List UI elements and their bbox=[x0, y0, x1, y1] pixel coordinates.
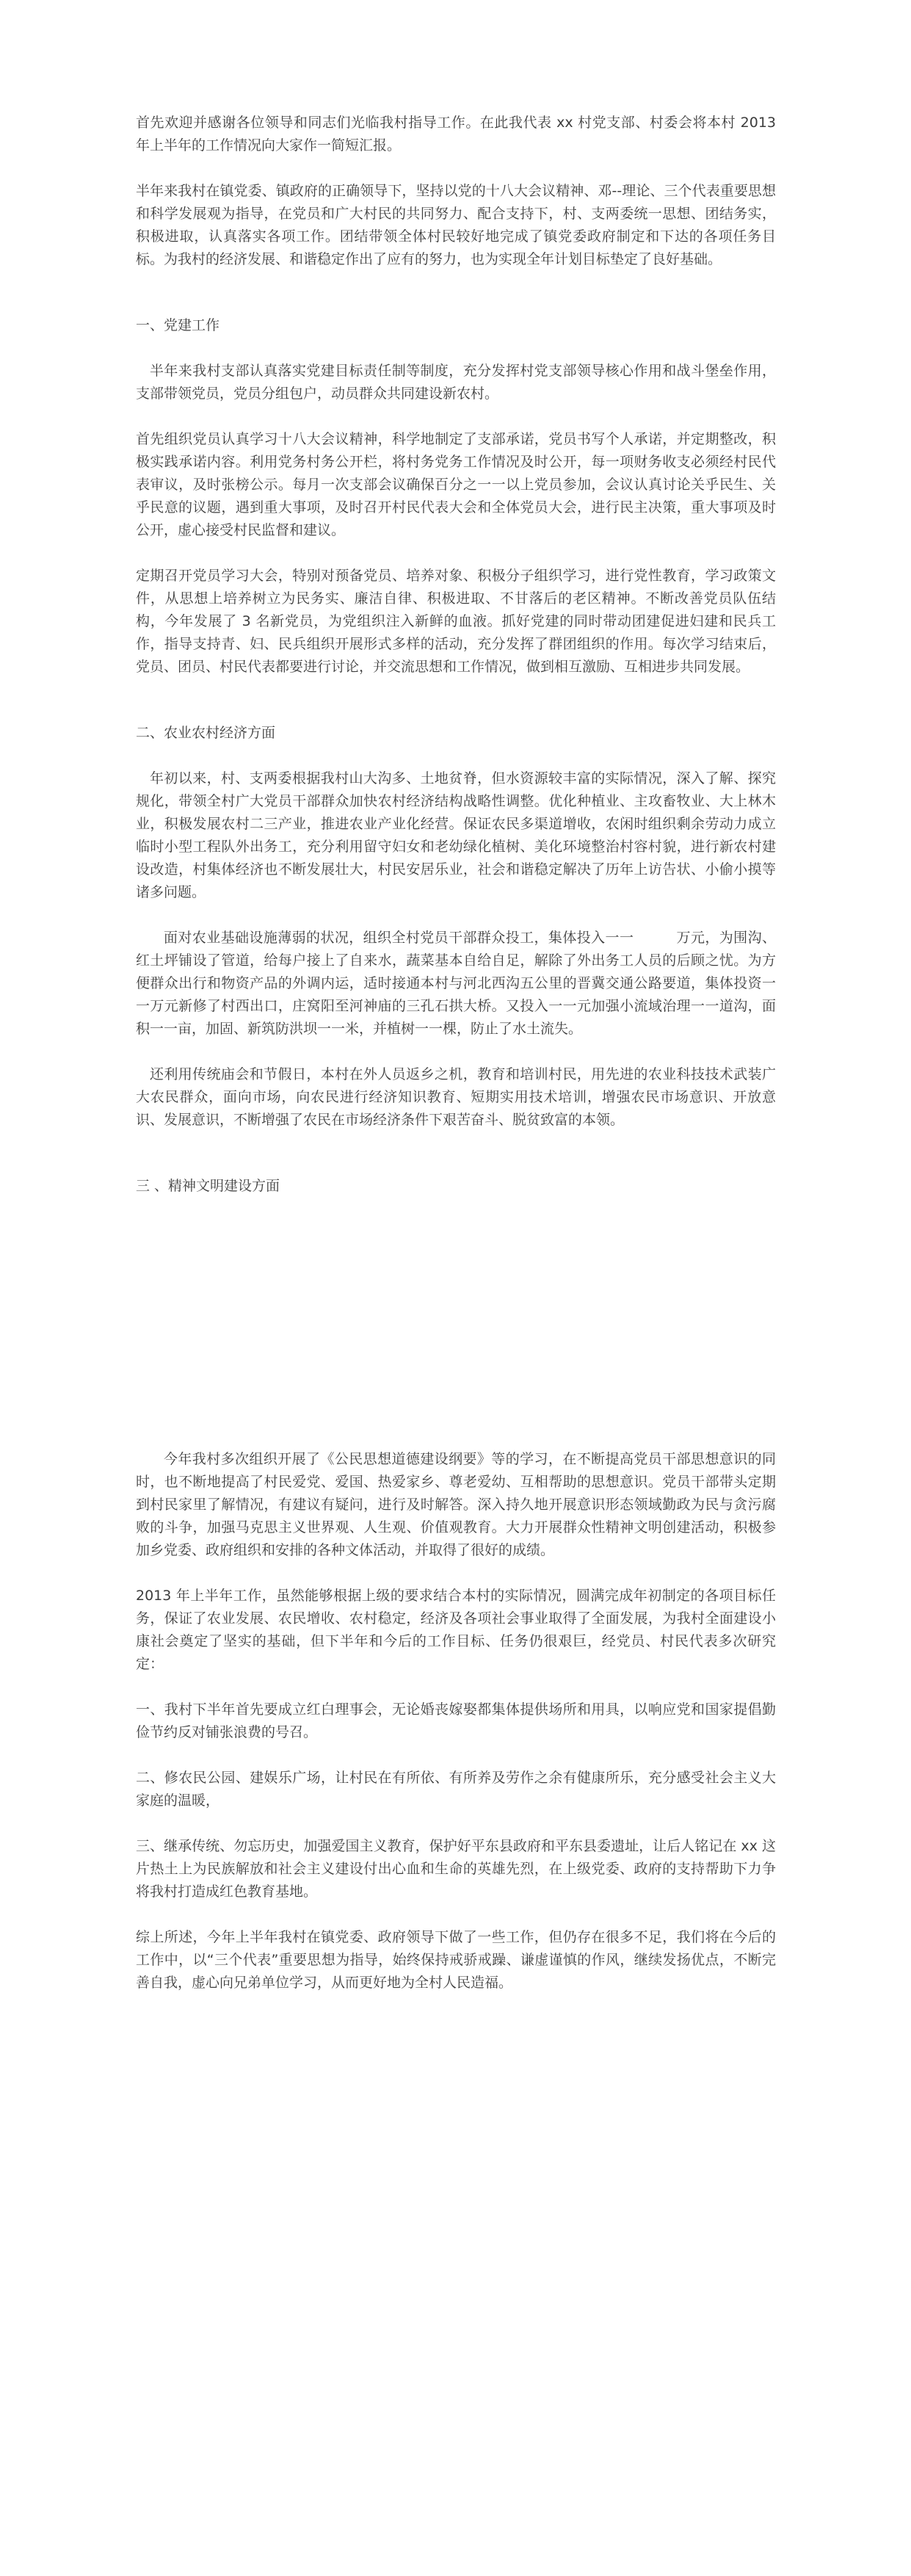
paragraph-halfyear-summary: 2013 年上半年工作，虽然能够根据上级的要求结合本村的实际情况，圆满完成年初制… bbox=[136, 1585, 776, 1676]
paragraph-overview: 半年来我村在镇党委、镇政府的正确领导下，坚持以党的十八大会议精神、邓--理论、三… bbox=[136, 180, 776, 271]
paragraph-moral-education: 今年我村多次组织开展了《公民思想道德建设纲要》等的学习，在不断提高党员干部思想意… bbox=[136, 1448, 776, 1562]
section-heading-spiritual-civilization: 三 、精神文明建设方面 bbox=[136, 1175, 776, 1198]
paragraph-greeting: 首先欢迎并感谢各位领导和同志们光临我村指导工作。在此我代表 xx 村党支部、村委… bbox=[136, 112, 776, 157]
document-page: 首先欢迎并感谢各位领导和同志们光临我村指导工作。在此我代表 xx 村党支部、村委… bbox=[0, 0, 911, 2576]
section-heading-party-building: 一、党建工作 bbox=[136, 314, 776, 337]
section-heading-rural-economy: 二、农业农村经济方面 bbox=[136, 722, 776, 745]
paragraph-party-study-openness: 首先组织党员认真学习十八大会议精神，科学地制定了支部承诺，党员书写个人承诺，并定… bbox=[136, 428, 776, 542]
paragraph-plan-item-3: 三、继承传统、勿忘历史，加强爱国主义教育，保护好平东县政府和平东县委遗址，让后人… bbox=[136, 1835, 776, 1903]
paragraph-conclusion: 综上所述，今年上半年我村在镇党委、政府领导下做了一些工作，但仍存在很多不足，我们… bbox=[136, 1926, 776, 1994]
paragraph-party-responsibility: 半年来我村支部认真落实党建目标责任制等制度，充分发挥村党支部领导核心作用和战斗堡… bbox=[136, 360, 776, 405]
paragraph-plan-item-1: 一、我村下半年首先要成立红白理事会，无论婚丧嫁娶都集体提供场所和用具，以响应党和… bbox=[136, 1698, 776, 1744]
blank-space bbox=[136, 1220, 776, 1448]
paragraph-farmer-training: 还利用传统庙会和节假日，本村在外人员返乡之机，教育和培训村民，用先进的农业科技技… bbox=[136, 1063, 776, 1132]
paragraph-economic-adjustment: 年初以来，村、支两委根据我村山大沟多、土地贫脊，但水资源较丰富的实际情况，深入了… bbox=[136, 767, 776, 904]
paragraph-party-members-training: 定期召开党员学习大会，特别对预备党员、培养对象、积极分子组织学习，进行党性教育，… bbox=[136, 565, 776, 679]
paragraph-infrastructure: 面对农业基础设施薄弱的状况，组织全村党员干部群众投工，集体投入一一 万元，为围沟… bbox=[136, 927, 776, 1041]
document-body: 首先欢迎并感谢各位领导和同志们光临我村指导工作。在此我代表 xx 村党支部、村委… bbox=[136, 112, 776, 2017]
paragraph-plan-item-2: 二、修农民公园、建娱乐广场，让村民在有所依、有所养及劳作之余有健康所乐，充分感受… bbox=[136, 1767, 776, 1812]
